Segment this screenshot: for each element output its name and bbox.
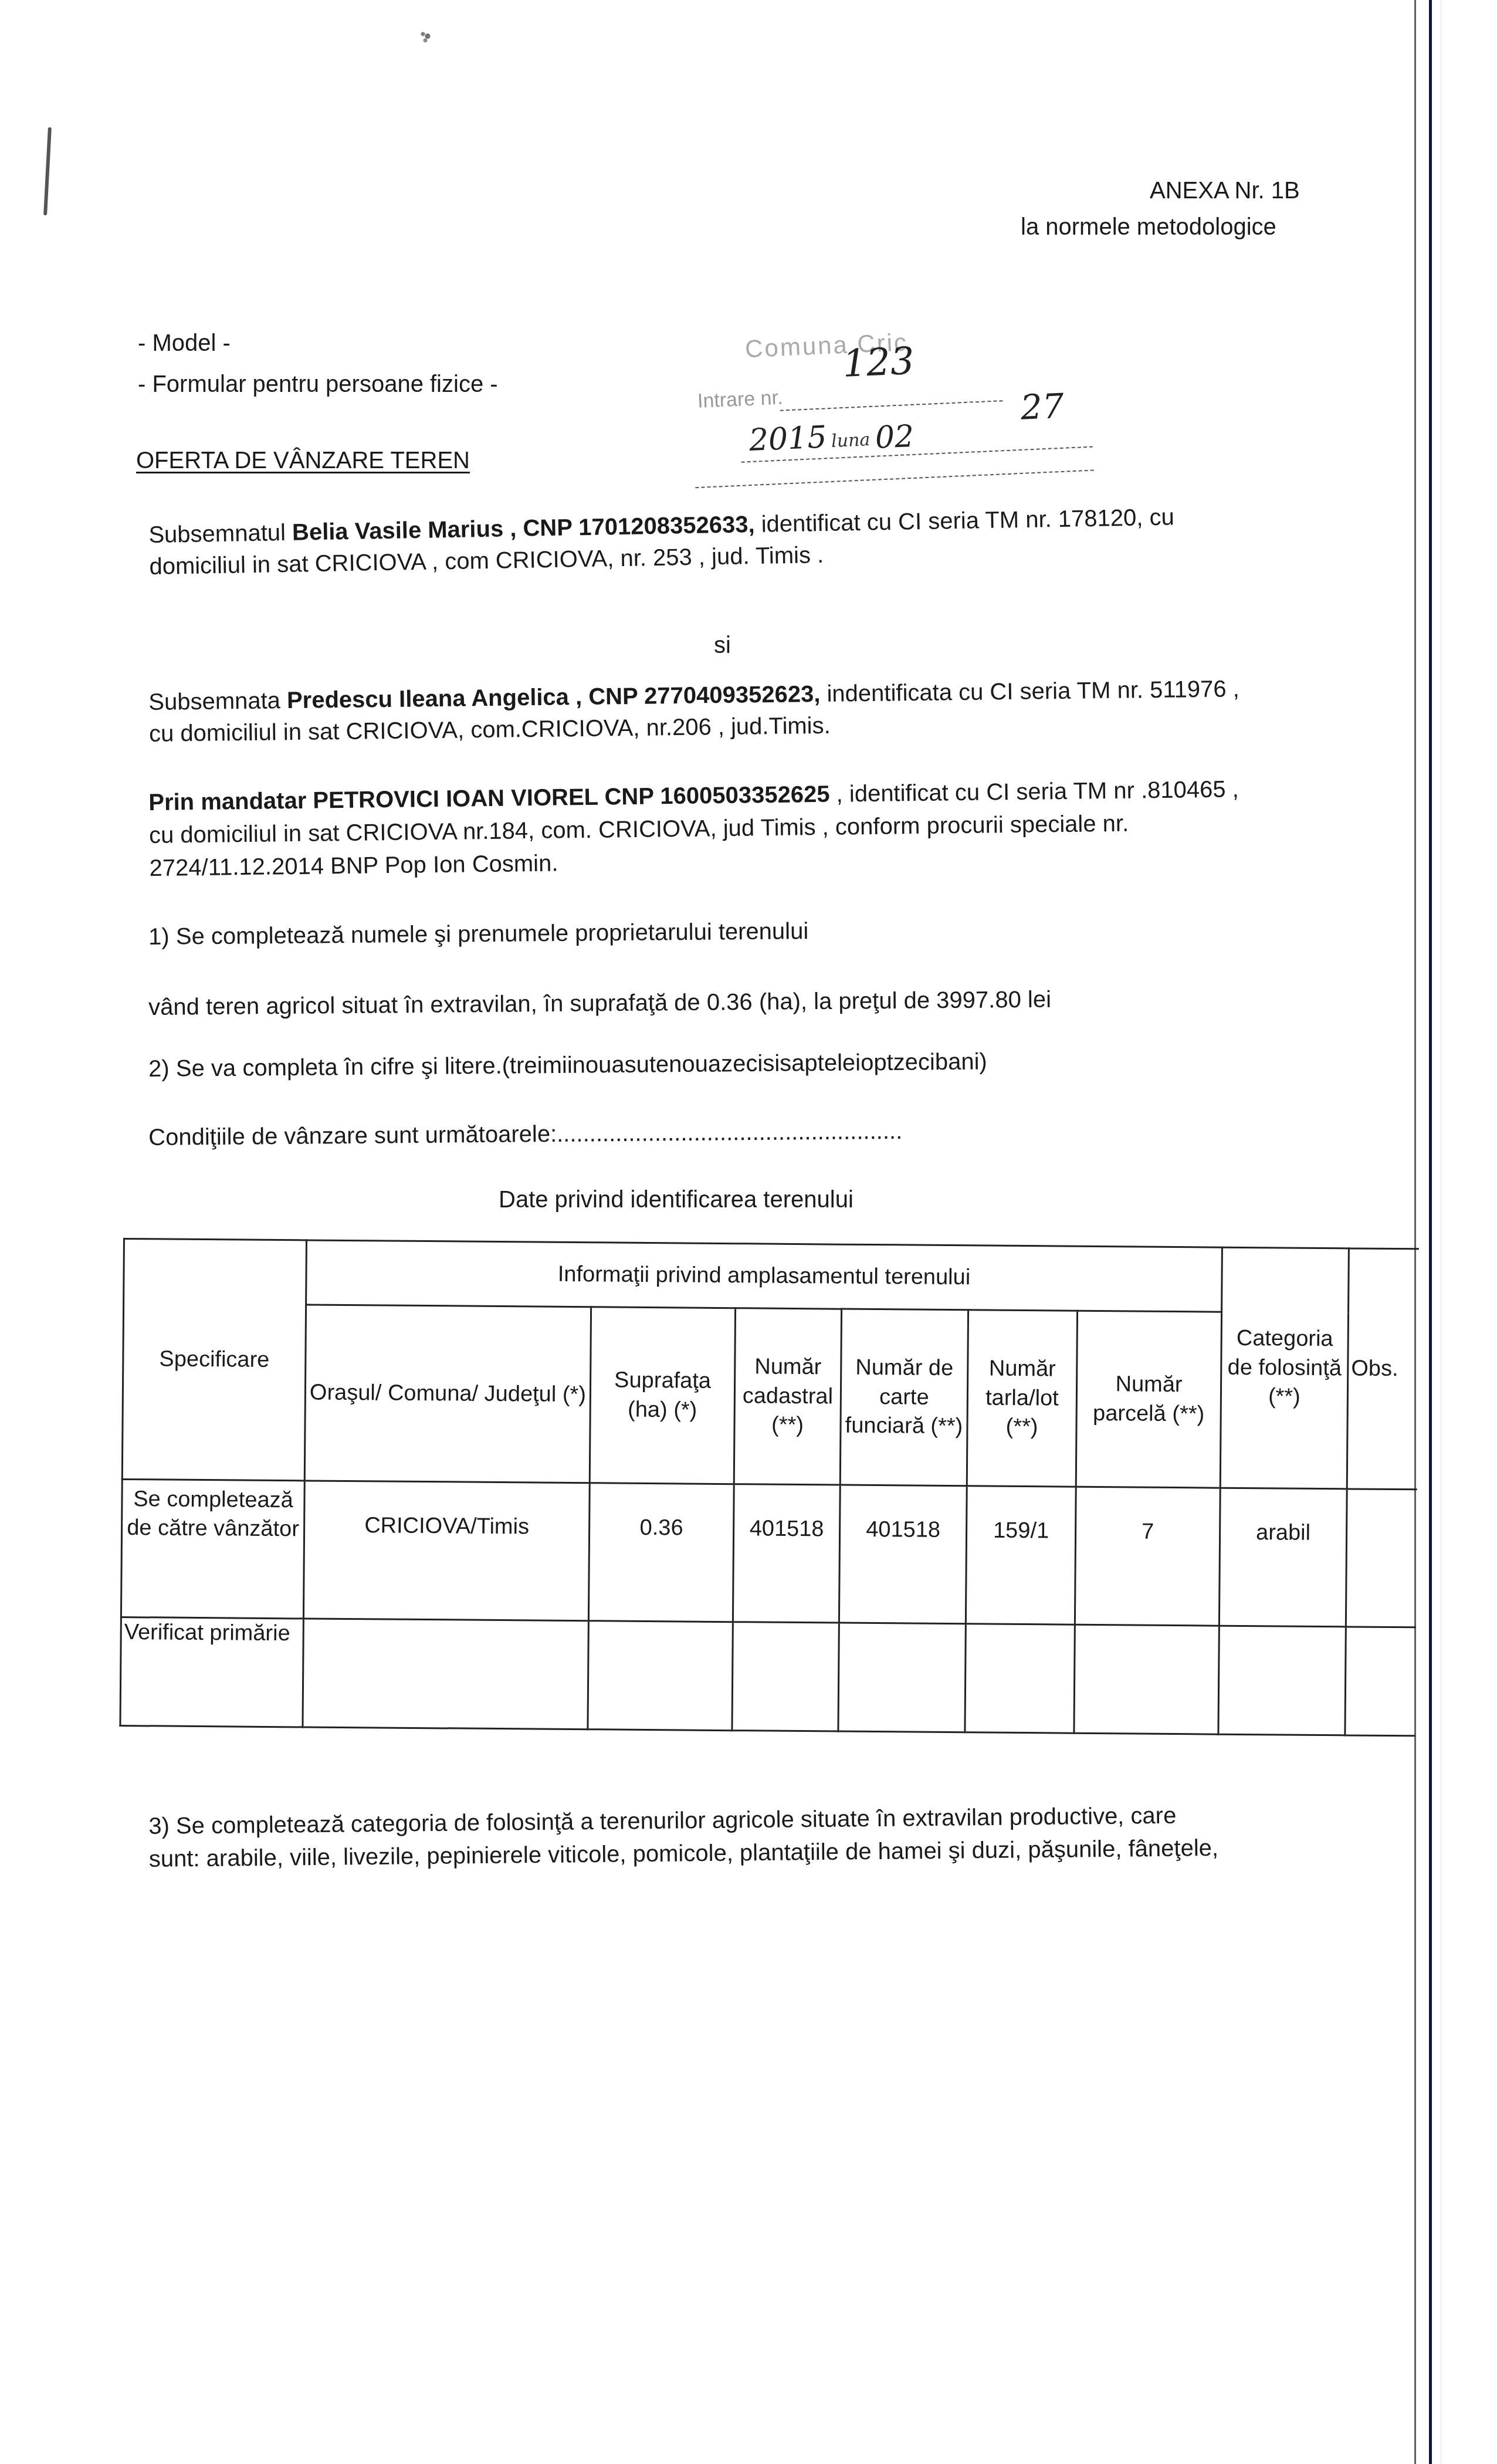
conjunction: si — [714, 631, 731, 660]
stamp-month-label: luna — [831, 429, 871, 452]
document-title: OFERTA DE VÂNZARE TEREN — [136, 446, 470, 475]
agent-cnp-label: CNP — [598, 783, 660, 810]
scan-edge-line — [1414, 0, 1416, 2464]
form-type-label: - Formular pentru persoane fizice - — [138, 370, 498, 399]
agent-prefix: Prin mandatar — [148, 788, 313, 815]
seller-2-id: indentificata cu CI seria TM nr. 511976 … — [820, 676, 1239, 707]
seller-1-id: identificat cu CI seria TM nr. 178120, c… — [754, 504, 1174, 537]
seller-1-address: domiciliul in sat CRICIOVA , com CRICIOV… — [149, 542, 824, 580]
seller-1-paragraph: Subsemnatul Belia Vasile Marius , CNP 17… — [148, 501, 1175, 582]
col-header-locality: Oraşul/ Comuna/ Judeţul (*) — [304, 1305, 591, 1483]
sale-conditions: Condiţiile de vânzare sunt următoarele:.… — [148, 1115, 902, 1153]
stamp-registration-number: 123 — [842, 340, 915, 386]
cell-land-book-number — [838, 1623, 966, 1732]
agent-id: , identificat cu CI seria TM nr .810465 … — [829, 776, 1239, 807]
agent-address: cu domiciliul in sat CRICIOVA nr.184, co… — [149, 811, 1129, 848]
note-2: 2) Se va completa în cifre şi litere.(tr… — [148, 1046, 987, 1085]
table-row: Se completează de către vânzător CRICIOV… — [121, 1479, 1417, 1627]
seller-2-prefix: Subsemnata — [148, 688, 287, 715]
note-3-line-2: sunt: arabile, viile, livezile, pepinier… — [149, 1835, 1219, 1872]
scan-edge-line — [1441, 0, 1441, 2464]
note-3: 3) Se completează categoria de folosinţă… — [148, 1799, 1218, 1876]
cell-locality — [303, 1619, 588, 1729]
seller-1-name: Belia Vasile Marius — [292, 516, 504, 545]
annex-title: ANEXA Nr. 1B — [1150, 176, 1300, 205]
stamp-year: 2015 — [749, 419, 828, 458]
col-header-tarla-lot: Număr tarla/lot (**) — [967, 1310, 1077, 1487]
cell-tarla-lot: 159/1 — [966, 1486, 1076, 1624]
row-label-verified: Verificat primărie — [120, 1617, 303, 1727]
table-title: Date privind identificarea terenului — [499, 1185, 854, 1214]
land-identification-table: Specificare Informaţii privind amplasame… — [119, 1238, 1418, 1737]
seller-2-paragraph: Subsemnata Predescu Ileana Angelica , CN… — [148, 673, 1240, 750]
scan-edge-line — [1429, 0, 1432, 2464]
cell-observations — [1346, 1489, 1417, 1627]
seller-2-cnp: 2770409352623, — [644, 681, 821, 709]
cell-land-book-number: 401518 — [839, 1485, 967, 1624]
stamp-month: 02 — [875, 419, 915, 456]
cell-use-category — [1218, 1626, 1346, 1735]
model-label: - Model - — [138, 329, 231, 358]
note-1: 1) Se completează numele şi prenumele pr… — [148, 915, 808, 953]
stamp-underline — [780, 400, 1003, 411]
seller-1-cnp: 1701208352633, — [578, 512, 755, 540]
offer-statement: vând teren agricol situat în extravilan,… — [148, 984, 1051, 1023]
col-header-area: Suprafaţa (ha) (*) — [590, 1307, 735, 1484]
agent-cnp: 1600503352625 — [660, 781, 830, 810]
cell-use-category: arabil — [1219, 1488, 1347, 1627]
seller-2-name: Predescu Ileana Angelica — [287, 684, 569, 713]
cell-area: 0.36 — [588, 1483, 734, 1622]
seller-1-cnp-label: , CNP — [503, 515, 579, 541]
scan-speck — [414, 23, 437, 45]
cell-cadastral-number — [732, 1622, 839, 1731]
group-header-location: Informaţii privind amplasamentul terenul… — [306, 1240, 1222, 1312]
col-header-cadastral-number: Număr cadastral (**) — [734, 1308, 841, 1485]
agent-name: PETROVICI IOAN VIOREL — [313, 784, 598, 814]
stamp-registration-label: Intrare nr. — [697, 387, 783, 413]
col-header-parcel-number: Număr parcelă (**) — [1076, 1311, 1221, 1488]
table-row: Verificat primărie — [120, 1617, 1416, 1735]
col-header-use-category: Categoria de folosinţă (**) — [1220, 1247, 1349, 1489]
seller-2-address: cu domiciliul in sat CRICIOVA, com.CRICI… — [149, 713, 831, 747]
cell-parcel-number — [1074, 1624, 1219, 1734]
agent-proxy: 2724/11.12.2014 BNP Pop Ion Cosmin. — [149, 850, 558, 881]
cell-parcel-number: 7 — [1075, 1487, 1220, 1626]
cell-tarla-lot — [965, 1624, 1075, 1733]
cell-area — [588, 1621, 733, 1731]
cell-cadastral-number: 401518 — [733, 1484, 840, 1623]
cell-observations — [1345, 1627, 1416, 1736]
cell-locality: CRICIOVA/Timis — [303, 1481, 590, 1621]
annex-subtitle: la normele metodologice — [1021, 212, 1276, 242]
col-header-specification: Specificare — [122, 1239, 306, 1481]
margin-mark — [43, 127, 52, 215]
seller-1-prefix: Subsemnatul — [148, 520, 292, 548]
col-header-land-book-number: Număr de carte funciară (**) — [840, 1309, 968, 1486]
stamp-border — [695, 469, 1093, 488]
registration-stamp: Comuna Cric 123 Intrare nr. 2015 luna 02… — [689, 320, 1106, 502]
col-header-observations: Obs. — [1347, 1248, 1419, 1490]
stamp-day: 27 — [1020, 386, 1065, 428]
row-label-seller: Se completează de către vânzător — [121, 1479, 304, 1618]
seller-2-cnp-label: , CNP — [569, 683, 645, 710]
note-3-line-1: 3) Se completează categoria de folosinţă… — [148, 1803, 1176, 1839]
agent-paragraph: Prin mandatar PETROVICI IOAN VIOREL CNP … — [148, 773, 1240, 885]
